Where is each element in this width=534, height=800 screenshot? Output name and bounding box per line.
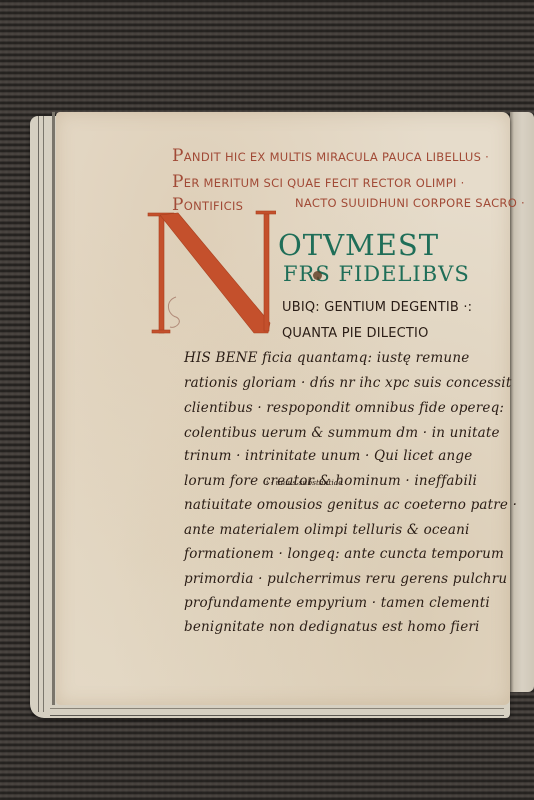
text-line: ante materialem olimpi telluris & oceani (184, 522, 470, 538)
rubric-text: ER MERITUM SCI QUAE FECIT RECTOR OLIMPI … (184, 176, 465, 190)
text-line: QUANTA PIE DILECTIO (282, 326, 429, 341)
text-line: HIS BENE ficia quantamq: iustę remune (184, 350, 469, 366)
display-capitals-line-2: FRS FIDELIBVS (283, 262, 470, 286)
text-line: UBIQ: GENTIUM DEGENTIB ·: (282, 300, 472, 315)
ink-stain (313, 271, 322, 280)
interlinear-gloss: i · unius substantiae (266, 478, 343, 487)
rubric-text: ANDIT HIC EX MULTIS MIRACULA PAUCA LIBEL… (184, 150, 489, 164)
text-line: benignitate non dedignatus est homo fier… (184, 619, 480, 635)
rubric-capital: P (172, 172, 184, 192)
text-line: colentibus uerum & summum dm · in unitat… (184, 425, 500, 441)
display-capitals-line-1: OTVMEST (278, 228, 439, 262)
rubric-line-1: PANDIT HIC EX MULTIS MIRACULA PAUCA LIBE… (172, 146, 489, 166)
rubric-capital: P (172, 146, 184, 166)
text-line: natiuitate omousios genitus ac coeterno … (184, 497, 517, 513)
text-line: rationis gloriam · dńs nr ihc xpc suis c… (184, 375, 511, 391)
rubric-line-2: PER MERITUM SCI QUAE FECIT RECTOR OLIMPI… (172, 172, 465, 192)
text-line: primordia · pulcherrimus reru gerens pul… (184, 571, 507, 587)
text-line: formationem · longeq: ante cuncta tempor… (184, 546, 504, 562)
decorated-initial-n-icon (146, 205, 276, 335)
text-line: clientibus · respopondit omnibus fide op… (184, 400, 504, 416)
rubric-tail: NACTO SUUIDHUNI CORPORE SACRO · (295, 196, 525, 210)
manuscript-photo: PANDIT HIC EX MULTIS MIRACULA PAUCA LIBE… (0, 0, 534, 800)
text-line: profundamente empyrium · tamen clementi (184, 595, 490, 611)
text-line: trinum · intrinitate unum · Qui licet an… (184, 448, 472, 464)
